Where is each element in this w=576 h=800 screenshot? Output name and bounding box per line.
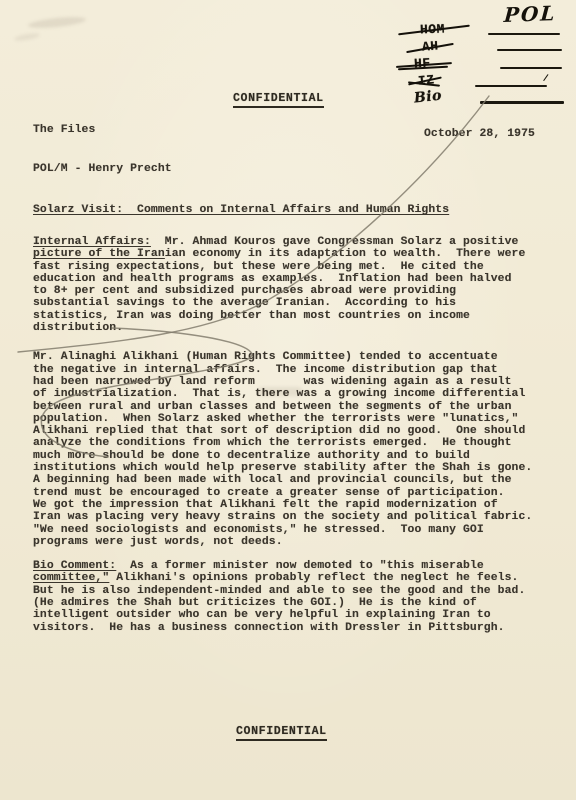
from-line: POL/M - Henry Precht [33, 163, 172, 175]
routing-row: HF [396, 56, 572, 73]
tick-mark [543, 74, 549, 81]
addressee-line: The Files [33, 124, 95, 136]
classification-bottom: CONFIDENTIAL [236, 726, 327, 741]
memo-body: Internal Affairs: Mr. Ahmad Kouros gave … [33, 236, 553, 634]
scan-smudge [28, 15, 87, 30]
paragraph-internal-affairs: Internal Affairs: Mr. Ahmad Kouros gave … [33, 236, 553, 334]
paragraph-alikhani: Mr. Alinaghi Alikhani (Human Rights Comm… [33, 351, 553, 548]
routing-row: Bio [396, 90, 572, 107]
memo-page: POL HOM AH HF IZ Bio [0, 0, 576, 800]
routing-line [500, 67, 562, 69]
paragraph-bio-comment: Bio Comment: As a former minister now de… [33, 560, 553, 634]
scan-smudge [14, 32, 41, 42]
routing-line [497, 49, 562, 51]
routing-row: AH [396, 39, 572, 56]
classification-top: CONFIDENTIAL [233, 93, 324, 108]
routing-row: HOM [396, 22, 572, 39]
date-line: October 28, 1975 [424, 128, 535, 140]
routing-label: Bio [413, 88, 443, 107]
routing-line [488, 33, 560, 35]
routing-line [480, 101, 564, 104]
routing-line [475, 85, 547, 87]
routing-stamp: HOM AH HF IZ Bio [396, 22, 572, 107]
routing-row: IZ [396, 73, 572, 90]
subject-line: Solarz Visit: Comments on Internal Affai… [33, 204, 449, 216]
